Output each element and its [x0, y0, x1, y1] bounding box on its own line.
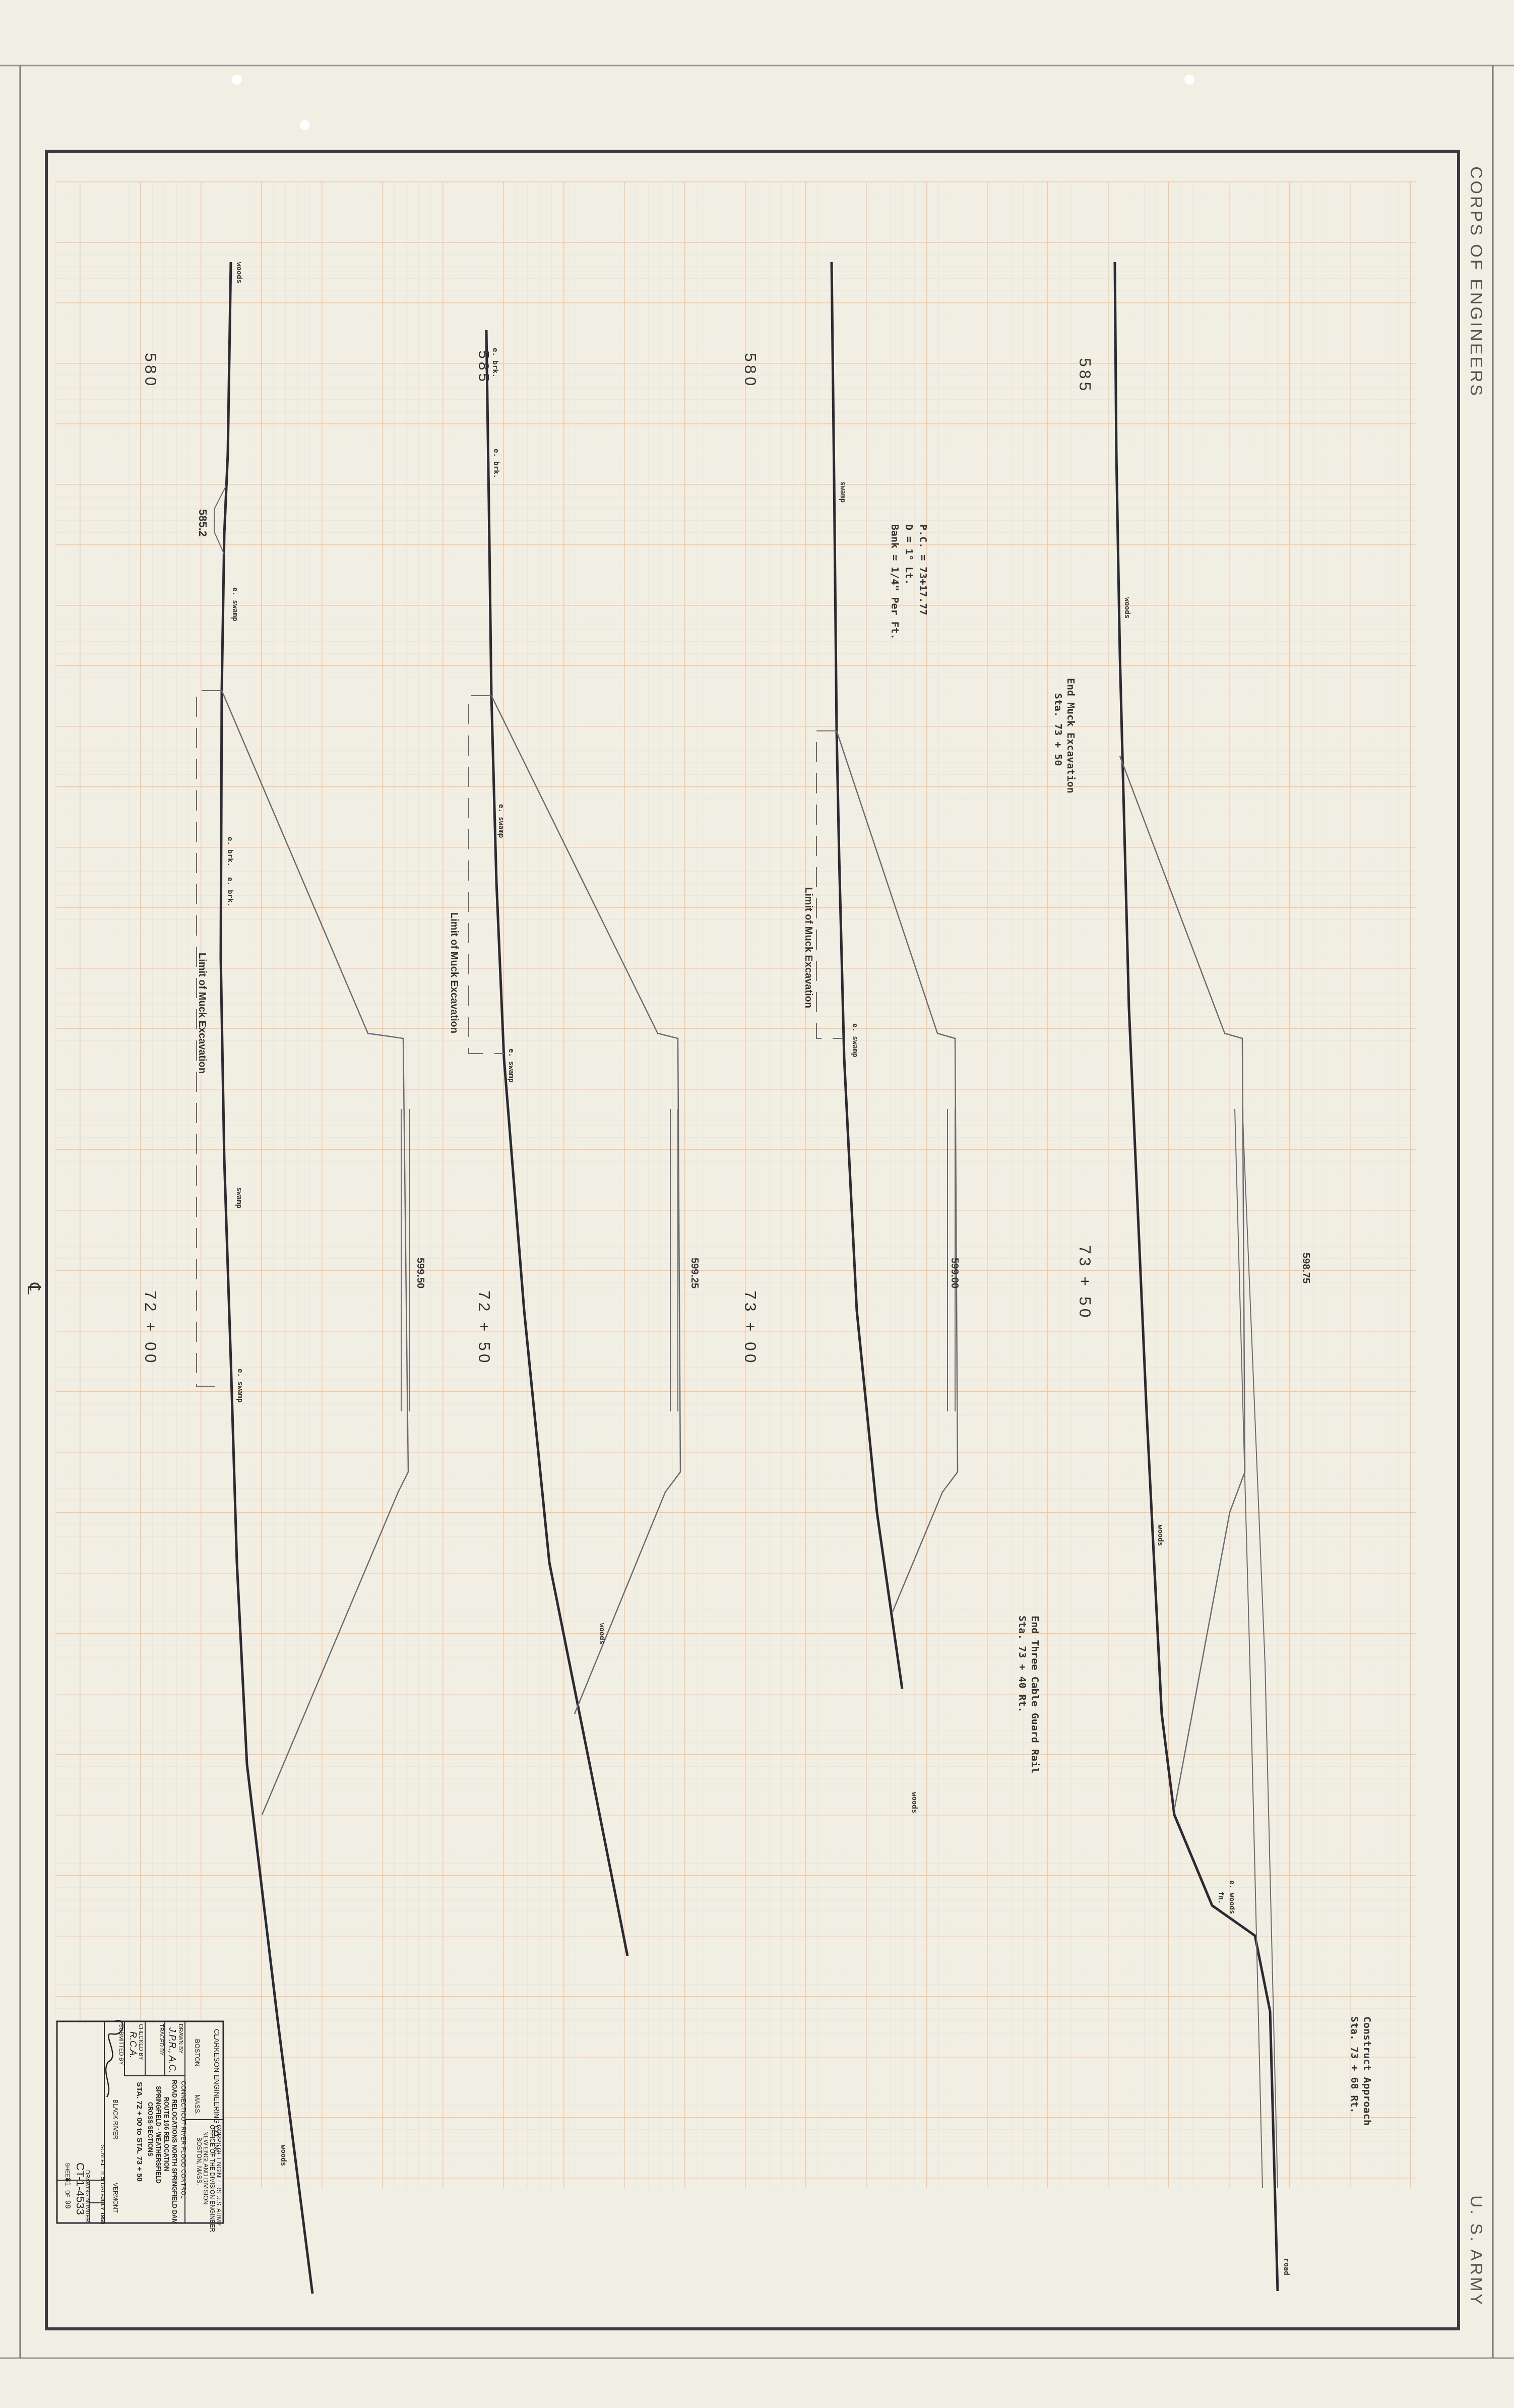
- end-muck-line1: End Muck Excavation: [1065, 678, 1077, 793]
- centerline-mark: ℄: [24, 1282, 44, 1294]
- river-line: BLACK RIVER: [112, 2100, 119, 2140]
- annotation-e-woods: e. woods: [1228, 1880, 1236, 1914]
- grade-elevation: 599.25: [689, 1258, 700, 1288]
- annotation-woods: woods: [910, 1792, 918, 1813]
- annotation-woods: woods: [1123, 597, 1131, 619]
- muck-limit-label: Limit of Muck Excavation: [803, 887, 814, 1008]
- pc-note: P.C. = 73+17.77: [917, 524, 929, 615]
- annotation-e-swamp: e. swamp: [507, 1048, 515, 1082]
- left-elevation: 585: [1076, 358, 1094, 394]
- annotation-woods: woods: [1156, 1525, 1164, 1546]
- station-label: 72 + 50: [475, 1290, 493, 1366]
- muck-limit-label: Limit of Muck Excavation: [197, 953, 208, 1074]
- scale-label: SCALE: [99, 2145, 105, 2163]
- agency-line4: BOSTON, MASS.: [196, 2137, 203, 2185]
- scale-value: 1" = 5': [99, 2163, 107, 2182]
- punch-hole: [1184, 75, 1194, 85]
- annotation-elevation: 585.2: [197, 509, 209, 537]
- annotation-road: road: [1282, 2258, 1290, 2275]
- punch-hole: [300, 120, 310, 130]
- route-line: ROUTE 106 RELOCATION: [163, 2097, 170, 2171]
- guard-rail-line1: End Three Cable Guard Rail: [1029, 1616, 1041, 1773]
- approach-line2: Sta. 73 + 68 Rt.: [1349, 2016, 1361, 2114]
- annotation-woods: woods: [598, 1623, 606, 1644]
- degree-note: D = 1° Lt.: [903, 524, 915, 585]
- annotation-e-brk: e. brk.: [491, 348, 499, 378]
- of-label: OF: [64, 2190, 70, 2197]
- cross-section-drawing-sheet: CORPS OF ENGINEERS U. S. ARMY ℄ 580 72 +…: [0, 0, 1514, 2408]
- agency-line1: CORPS OF ENGINEERS U.S. ARMY: [215, 2125, 222, 2226]
- annotation-e-swamp: e. swamp: [236, 1369, 244, 1402]
- left-elevation: 580: [142, 353, 160, 389]
- guard-rail-line2: Sta. 73 + 40 Rt.: [1017, 1616, 1029, 1713]
- grade-elevation: 598.75: [1300, 1253, 1311, 1283]
- grade-elevation: 599.00: [949, 1258, 960, 1288]
- program-line: CONNECTICUT RIVER FLOOD CONTROL: [180, 2081, 187, 2199]
- station-label: 73 + 00: [741, 1290, 760, 1366]
- left-elevation: 585: [475, 350, 492, 385]
- annotation-woods: woods: [235, 262, 243, 283]
- annotation-swamp: swamp: [235, 1187, 243, 1208]
- station-label: 72 + 00: [142, 1290, 160, 1366]
- range-line: STA. 72 + 00 to STA. 73 + 50: [135, 2082, 144, 2182]
- muck-limit-label: Limit of Muck Excavation: [449, 912, 460, 1033]
- date-label: DATE: [99, 2183, 105, 2197]
- margin-corps-label: CORPS OF ENGINEERS: [1467, 166, 1486, 398]
- annotation-fn: fn.: [1217, 1891, 1225, 1904]
- towns-line: SPRINGFIELD - WEATHERSFIELD: [155, 2086, 162, 2184]
- firm-state: MASS.: [194, 2094, 201, 2115]
- submitted-by-label: SUBMITTED BY: [118, 2024, 124, 2065]
- traced-by-label: TRACED BY: [158, 2024, 164, 2056]
- annotation-e-swamp: e. swamp: [851, 1023, 859, 1057]
- subject-line: CROSS-SECTIONS: [147, 2102, 154, 2156]
- sheet-number: 81: [64, 2178, 72, 2186]
- sheet-total: 99: [64, 2200, 72, 2209]
- left-elevation: 580: [741, 353, 760, 389]
- end-muck-line2: Sta. 73 + 50: [1052, 693, 1064, 766]
- station-label: 73 + 50: [1076, 1245, 1094, 1321]
- drawn-by-value: J.P.R., A.C.: [167, 2027, 177, 2073]
- title-block: CLARKESON ENGINEERING CO., INC. BOSTON M…: [57, 2020, 223, 2232]
- drawn-by-label: DRAWN BY: [177, 2024, 183, 2054]
- firm-city: BOSTON: [194, 2039, 201, 2067]
- approach-note: Construct Approach Sta. 73 + 68 Rt.: [1349, 2016, 1373, 2126]
- annotation-e-brk: e. brk.: [226, 837, 234, 867]
- date-value: JULY 1958: [99, 2197, 105, 2224]
- annotation-e-brk: e. brk.: [492, 449, 500, 478]
- grid-paper: [55, 181, 1416, 2188]
- punch-hole: [232, 75, 242, 85]
- annotation-e-swamp: e. swamp: [231, 587, 239, 621]
- state-line: VERMONT: [112, 2183, 119, 2213]
- project-line: ROAD RELOCATIONS NORTH SPRINGFIELD DAM: [171, 2080, 178, 2224]
- annotation-woods: woods: [279, 2145, 287, 2166]
- checked-by-value: R.C.A.: [128, 2031, 138, 2058]
- agency-line2: OFFICE OF THE DIVISION ENGINEER: [209, 2125, 216, 2232]
- drawing-number-value: CT-1-4533: [74, 2163, 87, 2215]
- annotation-swamp: swamp: [839, 481, 847, 503]
- annotation-e-brk: e. brk.: [226, 877, 234, 907]
- agency-line3: NEW ENGLAND DIVISION: [202, 2131, 209, 2204]
- bank-note: Bank = 1/4" Per Ft.: [889, 524, 901, 640]
- annotation-e-swamp: e. swamp: [497, 804, 505, 838]
- grade-elevation: 599.50: [415, 1258, 426, 1288]
- approach-line1: Construct Approach: [1361, 2016, 1373, 2126]
- margin-army-label: U. S. ARMY: [1467, 2195, 1486, 2307]
